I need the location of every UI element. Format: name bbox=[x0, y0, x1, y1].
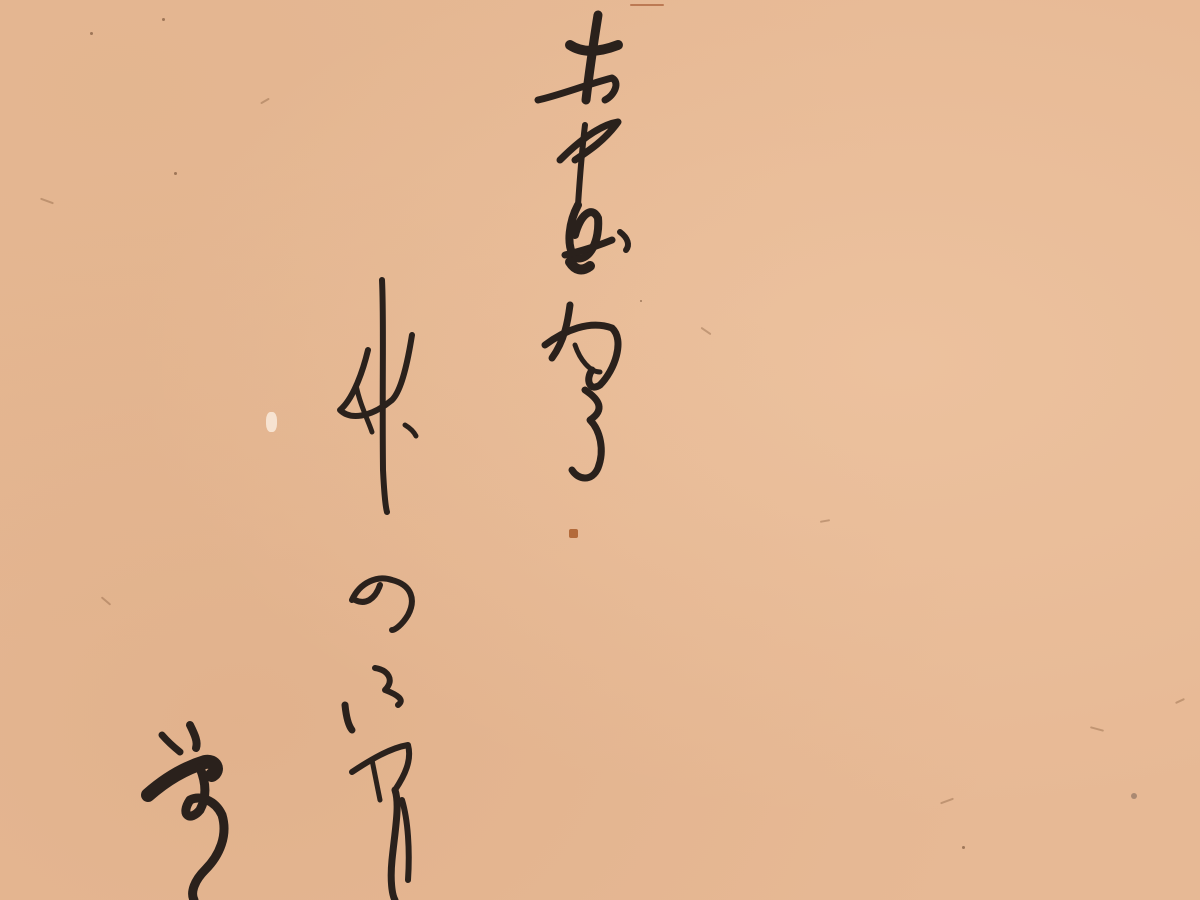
left-column-characters bbox=[148, 725, 224, 900]
right-column-characters bbox=[538, 15, 628, 478]
middle-column-characters bbox=[340, 280, 416, 900]
calligraphy-ink bbox=[0, 0, 1200, 900]
washi-paper-background: 春来ぬる 林の流 ち bbox=[0, 0, 1200, 900]
